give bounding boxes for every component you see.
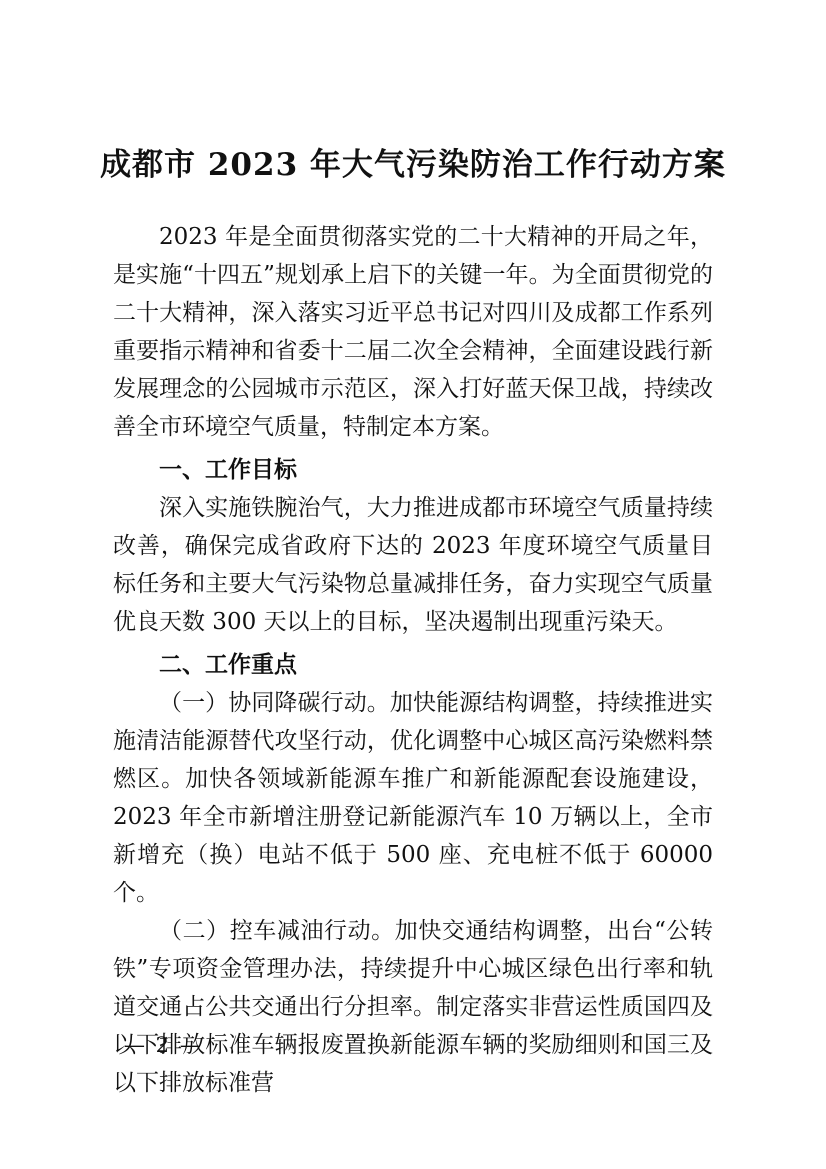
item-2-text: 加快交通结构调整，出台“公转铁”专项资金管理办法，持续提升中心城区绿色出行率和轨… [113, 918, 713, 1096]
document-title: 成都市 2023 年大气污染防治工作行动方案 [0, 141, 826, 189]
section-1-paragraph: 深入实施铁腕治气，大力推进成都市环境空气质量持续改善，确保完成省政府下达的 20… [113, 489, 713, 641]
item-1-text: 加快能源结构调整，持续推进实施清洁能源替代攻坚行动，优化调整中心城区高污染燃料禁… [113, 690, 713, 906]
section-2-heading: 二、工作重点 [113, 646, 713, 684]
document-body: 2023 年是全面贯彻落实党的二十大精神的开局之年，是实施“十四五”规划承上启下… [113, 218, 713, 1102]
intro-paragraph: 2023 年是全面贯彻落实党的二十大精神的开局之年，是实施“十四五”规划承上启下… [113, 218, 713, 446]
item-1-lead: （一）协同降碳行动。 [159, 690, 390, 716]
item-2-lead: （二）控车减油行动。 [159, 918, 395, 944]
document-page: 成都市 2023 年大气污染防治工作行动方案 2023 年是全面贯彻落实党的二十… [0, 0, 826, 1169]
section-2-item-1: （一）协同降碳行动。加快能源结构调整，持续推进实施清洁能源替代攻坚行动，优化调整… [113, 684, 713, 912]
section-2-item-2: （二）控车减油行动。加快交通结构调整，出台“公转铁”专项资金管理办法，持续提升中… [113, 912, 713, 1102]
section-1-heading: 一、工作目标 [113, 451, 713, 489]
page-number: — 2 — [124, 1030, 203, 1060]
